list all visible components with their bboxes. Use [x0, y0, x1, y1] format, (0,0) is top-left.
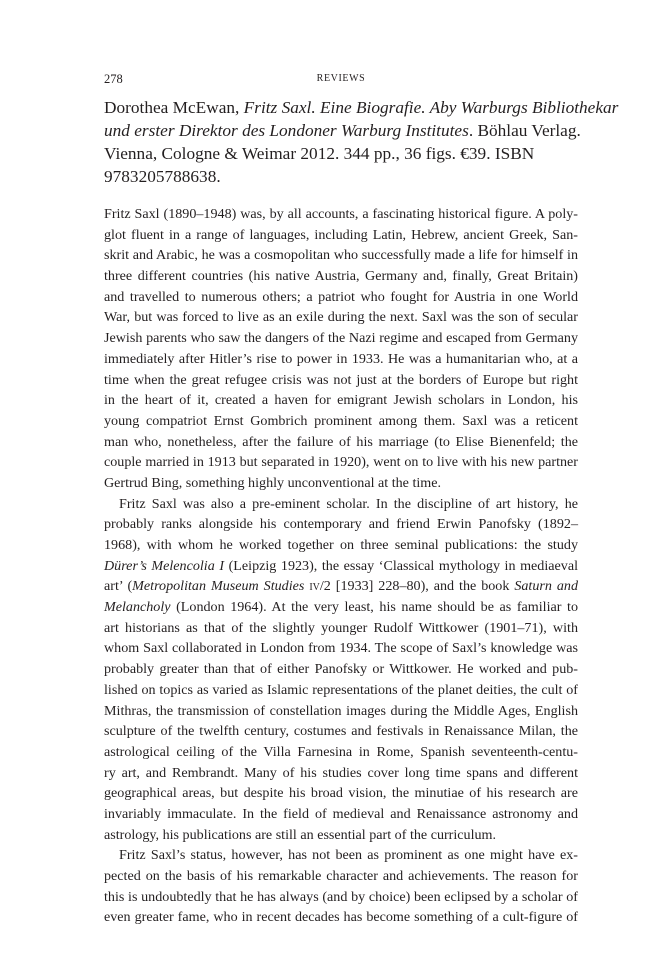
- text-line: immediately after Hitler’s rise to power…: [104, 349, 578, 370]
- text-line: sculpture of the twelfth century, costum…: [104, 721, 578, 742]
- text-line: pected on the basis of his remarkable ch…: [104, 866, 578, 887]
- text-line: young compatriot Ernst Gombrich prominen…: [104, 411, 578, 432]
- text-line: War, but was forced to live as an exile …: [104, 307, 578, 328]
- text-line: probably greater than that of either Pan…: [104, 659, 578, 680]
- text-line: Mithras, the transmission of constellati…: [104, 701, 578, 722]
- text-line: art historians as that of the slightly y…: [104, 618, 578, 639]
- text-line: astrology, his publications are still an…: [104, 825, 578, 846]
- text-line: whom Saxl collaborated in London from 19…: [104, 638, 578, 659]
- text-line: invariably immaculate. In the field of m…: [104, 804, 578, 825]
- text-line: 1968), with whom he worked together on t…: [104, 535, 578, 556]
- page-header: 278 REVIEWS: [104, 72, 578, 88]
- citation-line-2: und erster Direktor des Londoner Warburg…: [104, 119, 582, 142]
- text-line: Fritz Saxl’s status, however, has not be…: [104, 845, 578, 866]
- paragraph-2: Fritz Saxl was also a pre-eminent schola…: [104, 494, 578, 846]
- citation-author: Dorothea McEwan,: [104, 98, 239, 117]
- text-line: this is undoubtedly that he has always (…: [104, 887, 578, 908]
- review-body: Fritz Saxl (1890–1948) was, by all accou…: [104, 204, 578, 928]
- text-line: even greater fame, who in recent decades…: [104, 907, 578, 928]
- citation-line-1: Dorothea McEwan, Fritz Saxl. Eine Biogra…: [104, 96, 582, 119]
- text-line: lished on topics as varied as Islamic re…: [104, 680, 578, 701]
- work-title: Melancholy: [104, 599, 171, 615]
- citation-line-3: Vienna, Cologne & Weimar 2012. 344 pp., …: [104, 142, 582, 165]
- text-line: and travelled to numerous others; a patr…: [104, 287, 578, 308]
- work-title: Dürer’s Melencolia I: [104, 558, 224, 574]
- text-line: geographical areas, but despite his broa…: [104, 783, 578, 804]
- text-line: Fritz Saxl (1890–1948) was, by all accou…: [104, 204, 578, 225]
- review-citation: Dorothea McEwan, Fritz Saxl. Eine Biogra…: [104, 96, 582, 188]
- text-line: Jewish parents who saw the dangers of th…: [104, 328, 578, 349]
- work-title: Saturn and: [514, 578, 578, 594]
- book-title-part-1: Fritz Saxl. Eine Biografie. Aby Warburgs…: [244, 98, 619, 117]
- text-line: three different countries (his native Au…: [104, 266, 578, 287]
- text-line: couple married in 1913 but separated in …: [104, 452, 578, 473]
- text-line: art’ (Metropolitan Museum Studies iv/2 […: [104, 576, 578, 597]
- book-title-part-2: und erster Direktor des Londoner Warburg…: [104, 121, 469, 140]
- text-line: probably ranks alongside his contemporar…: [104, 514, 578, 535]
- text-line: glot fluent in a range of languages, inc…: [104, 225, 578, 246]
- running-head: REVIEWS: [104, 73, 578, 84]
- text-line: Gertrud Bing, something highly unconvent…: [104, 473, 578, 494]
- citation-publisher: . Böhlau Verlag.: [469, 121, 581, 140]
- text-line: man who, nonetheless, after the failure …: [104, 432, 578, 453]
- paragraph-3: Fritz Saxl’s status, however, has not be…: [104, 845, 578, 928]
- paragraph-1: Fritz Saxl (1890–1948) was, by all accou…: [104, 204, 578, 494]
- text-line: time when the great refugee crisis was n…: [104, 370, 578, 391]
- text-line: skrit and Arabic, he was a cosmopolitan …: [104, 245, 578, 266]
- text-line: Dürer’s Melencolia I (Leipzig 1923), the…: [104, 556, 578, 577]
- text-line: ry art, and Rembrandt. Many of his studi…: [104, 763, 578, 784]
- text-line: astrological ceiling of the Villa Farnes…: [104, 742, 578, 763]
- text-line: Fritz Saxl was also a pre-eminent schola…: [104, 494, 578, 515]
- text-line: Melancholy (London 1964). At the very le…: [104, 597, 578, 618]
- journal-title: Metropolitan Museum Studies: [132, 578, 304, 594]
- citation-isbn: 9783205788638.: [104, 165, 582, 188]
- text-line: in the heart of it, created a haven for …: [104, 390, 578, 411]
